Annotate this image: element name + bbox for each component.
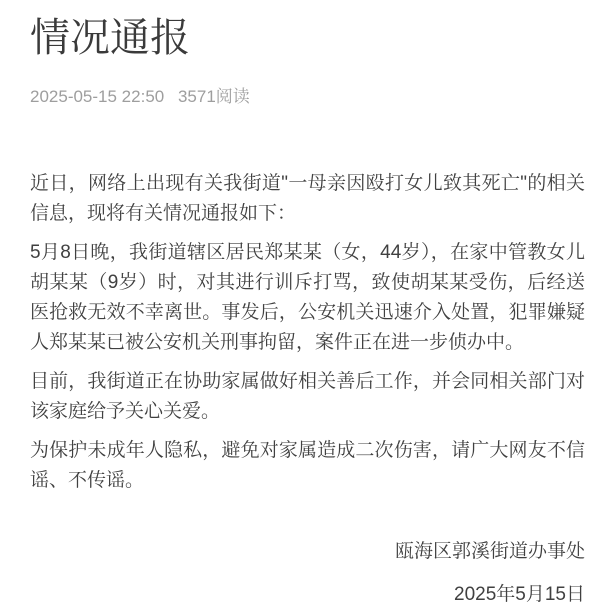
paragraph: 为保护未成年人隐私，避免对家属造成二次伤害，请广大网友不信谣、不传谣。 xyxy=(30,436,585,496)
page-title: 情况通报 xyxy=(30,0,585,61)
issue-date: 2025年5月15日 xyxy=(30,580,585,610)
publish-timestamp: 2025-05-15 22:50 xyxy=(30,87,164,106)
issuer-name: 瓯海区郭溪街道办事处 xyxy=(30,537,585,567)
announcement-page: 情况通报 2025-05-15 22:50 3571阅读 近日，网络上出现有关我… xyxy=(0,0,615,613)
article-body: 近日，网络上出现有关我街道"一母亲因殴打女儿致其死亡"的相关信息，现将有关情况通… xyxy=(30,169,585,496)
article-meta: 2025-05-15 22:50 3571阅读 xyxy=(30,85,585,109)
paragraph: 5月8日晚，我街道辖区居民郑某某（女，44岁），在家中管教女儿胡某某（9岁）时，… xyxy=(30,238,585,358)
paragraph: 目前，我街道正在协助家属做好相关善后工作，并会同相关部门对该家庭给予关心关爱。 xyxy=(30,367,585,427)
paragraph: 近日，网络上出现有关我街道"一母亲因殴打女儿致其死亡"的相关信息，现将有关情况通… xyxy=(30,169,585,229)
read-count: 3571阅读 xyxy=(178,87,250,106)
signature-block: 瓯海区郭溪街道办事处 2025年5月15日 xyxy=(30,537,585,610)
